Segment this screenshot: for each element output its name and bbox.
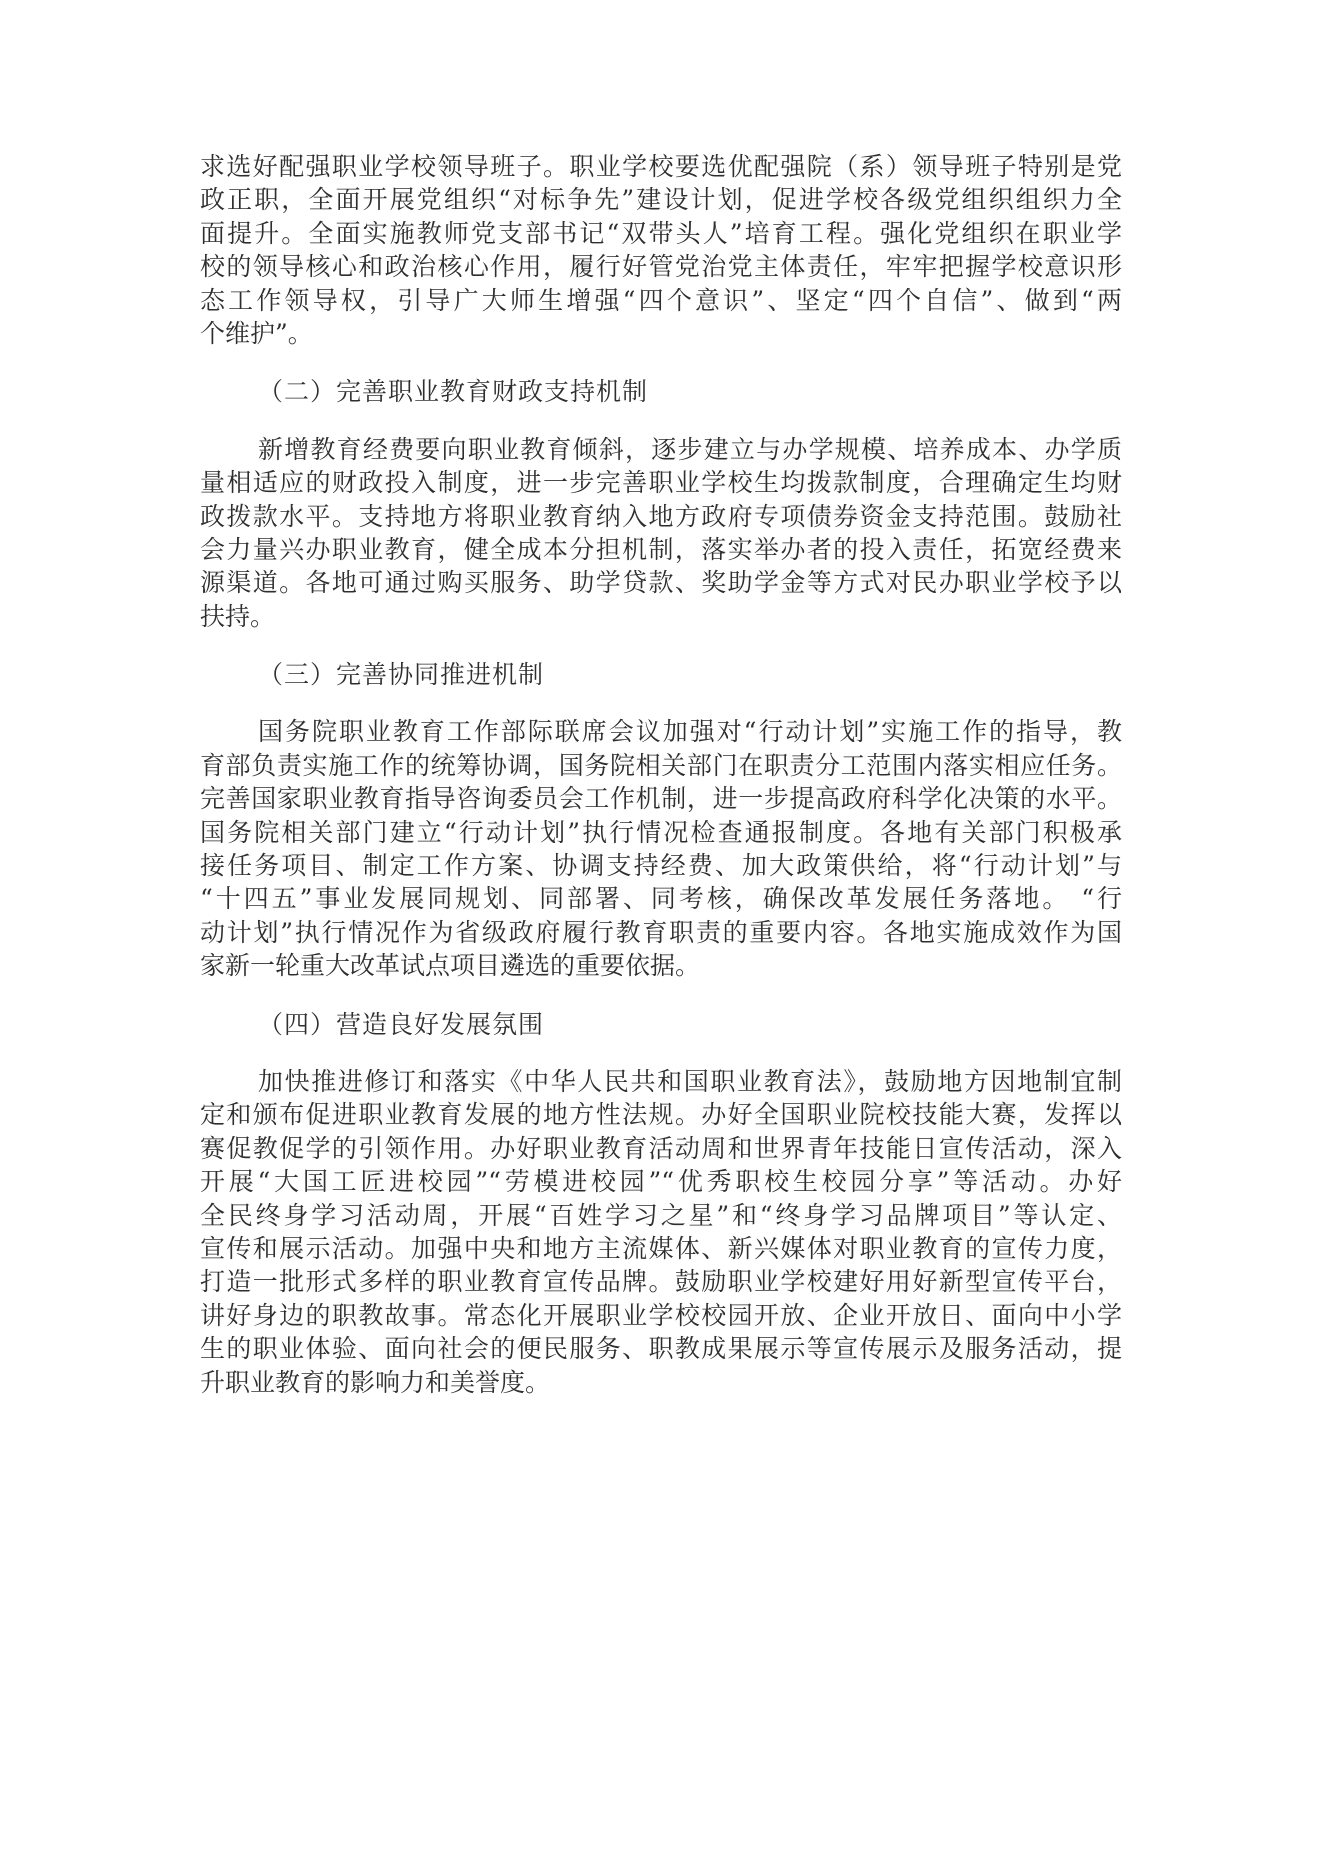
paragraph-line: 宣传和展示活动。加强中央和地方主流媒体、新兴媒体对职业教育的宣传力度， xyxy=(200,1232,1122,1265)
paragraph-line: “十四五”事业发展同规划、同部署、同考核，确保改革发展任务落地。 “行 xyxy=(200,882,1122,915)
paragraph-line: 个维护”。 xyxy=(200,317,1122,350)
paragraph-line: 生的职业体验、面向社会的便民服务、职教成果展示等宣传展示及服务活动，提 xyxy=(200,1332,1122,1365)
section-heading-atmosphere: （四）营造良好发展氛围 xyxy=(200,1008,1122,1041)
paragraph-coordination: 国务院职业教育工作部际联席会议加强对“行动计划”实施工作的指导，教 育部负责实施… xyxy=(200,715,1122,982)
paragraph-line: 新增教育经费要向职业教育倾斜，逐步建立与办学规模、培养成本、办学质 xyxy=(200,433,1122,466)
paragraph-line: 会力量兴办职业教育，健全成本分担机制，落实举办者的投入责任，拓宽经费来 xyxy=(200,533,1122,566)
document-page: 求选好配强职业学校领导班子。职业学校要选优配强院（系）领导班子特别是党 政正职，… xyxy=(200,150,1122,1399)
paragraph-line: 全民终身学习活动周，开展“百姓学习之星”和“终身学习品牌项目”等认定、 xyxy=(200,1199,1122,1232)
paragraph-line: 动计划”执行情况作为省级政府履行教育职责的重要内容。各地实施成效作为国 xyxy=(200,916,1122,949)
paragraph-finance: 新增教育经费要向职业教育倾斜，逐步建立与办学规模、培养成本、办学质 量相适应的财… xyxy=(200,433,1122,633)
paragraph-line: 定和颁布促进职业教育发展的地方性法规。办好全国职业院校技能大赛，发挥以 xyxy=(200,1098,1122,1131)
paragraph-line: 打造一批形式多样的职业教育宣传品牌。鼓励职业学校建好用好新型宣传平台， xyxy=(200,1265,1122,1298)
paragraph-line: 家新一轮重大改革试点项目遴选的重要依据。 xyxy=(200,949,1122,982)
paragraph-line: 扶持。 xyxy=(200,600,1122,633)
paragraph-line: 校的领导核心和政治核心作用，履行好管党治党主体责任，牢牢把握学校意识形 xyxy=(200,250,1122,283)
paragraph-line: 政正职，全面开展党组织“对标争先”建设计划，促进学校各级党组织组织力全 xyxy=(200,183,1122,216)
paragraph-party-leadership: 求选好配强职业学校领导班子。职业学校要选优配强院（系）领导班子特别是党 政正职，… xyxy=(200,150,1122,350)
paragraph-atmosphere: 加快推进修订和落实《中华人民共和国职业教育法》，鼓励地方因地制宜制 定和颁布促进… xyxy=(200,1065,1122,1399)
paragraph-line: 面提升。全面实施教师党支部书记“双带头人”培育工程。强化党组织在职业学 xyxy=(200,217,1122,250)
paragraph-line: 育部负责实施工作的统筹协调，国务院相关部门在职责分工范围内落实相应任务。 xyxy=(200,749,1122,782)
paragraph-line: 接任务项目、制定工作方案、协调支持经费、加大政策供给，将“行动计划”与 xyxy=(200,849,1122,882)
paragraph-line: 升职业教育的影响力和美誉度。 xyxy=(200,1366,1122,1399)
paragraph-line: 国务院职业教育工作部际联席会议加强对“行动计划”实施工作的指导，教 xyxy=(200,715,1122,748)
paragraph-line: 开展“大国工匠进校园”“劳模进校园”“优秀职校生校园分享”等活动。办好 xyxy=(200,1165,1122,1198)
paragraph-line: 求选好配强职业学校领导班子。职业学校要选优配强院（系）领导班子特别是党 xyxy=(200,150,1122,183)
paragraph-line: 源渠道。各地可通过购买服务、助学贷款、奖助学金等方式对民办职业学校予以 xyxy=(200,566,1122,599)
paragraph-line: 政拨款水平。支持地方将职业教育纳入地方政府专项债券资金支持范围。鼓励社 xyxy=(200,500,1122,533)
paragraph-line: 态工作领导权，引导广大师生增强“四个意识”、坚定“四个自信”、做到“两 xyxy=(200,284,1122,317)
paragraph-line: 完善国家职业教育指导咨询委员会工作机制，进一步提高政府科学化决策的水平。 xyxy=(200,782,1122,815)
paragraph-line: 加快推进修订和落实《中华人民共和国职业教育法》，鼓励地方因地制宜制 xyxy=(200,1065,1122,1098)
section-heading-finance: （二）完善职业教育财政支持机制 xyxy=(200,375,1122,408)
paragraph-line: 量相适应的财政投入制度，进一步完善职业学校生均拨款制度，合理确定生均财 xyxy=(200,466,1122,499)
paragraph-line: 赛促教促学的引领作用。办好职业教育活动周和世界青年技能日宣传活动，深入 xyxy=(200,1132,1122,1165)
section-heading-coordination: （三）完善协同推进机制 xyxy=(200,658,1122,691)
paragraph-line: 讲好身边的职教故事。常态化开展职业学校校园开放、企业开放日、面向中小学 xyxy=(200,1299,1122,1332)
paragraph-line: 国务院相关部门建立“行动计划”执行情况检查通报制度。各地有关部门积极承 xyxy=(200,816,1122,849)
